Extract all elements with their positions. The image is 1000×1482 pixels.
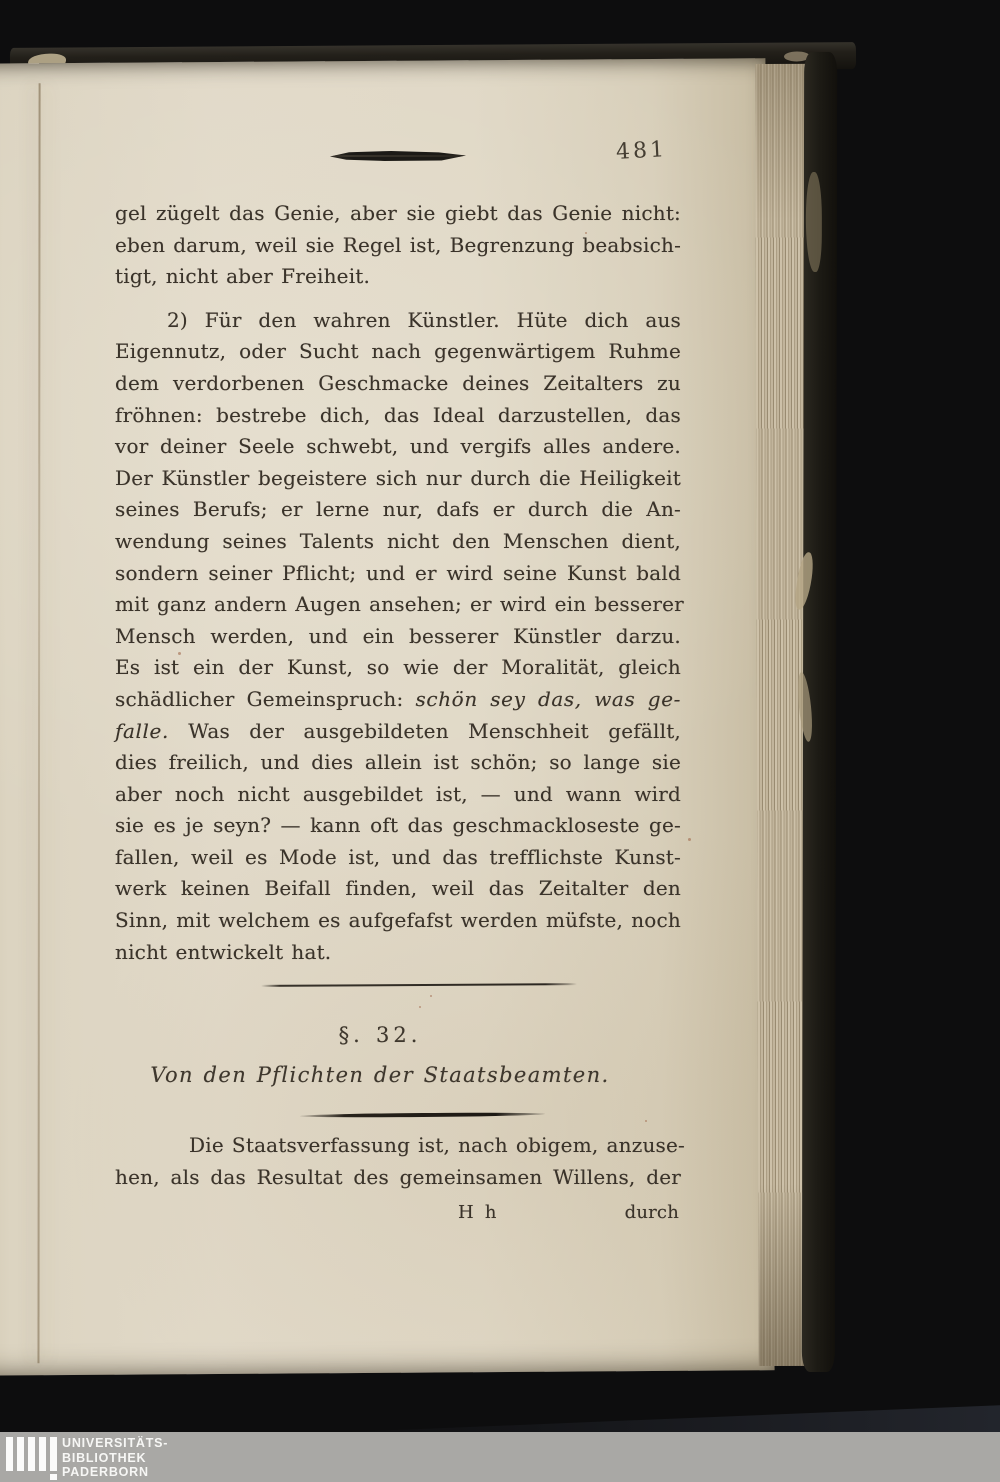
text-line: Eigennutz, oder Sucht nach gegenwärtigem…: [115, 336, 681, 368]
logo-bar: [28, 1437, 35, 1471]
text-line: dem verdorbenen Geschmacke deines Zeital…: [115, 368, 681, 400]
text-line: nicht entwickelt hat.: [115, 937, 681, 969]
section-title: Von den Pflichten der Staatsbeamten.: [97, 1060, 663, 1092]
text-line: fallen, weil es Mode ist, und das treffl…: [115, 842, 681, 874]
closing-paragraph: Die Staatsverfassung ist, nach obigem, a…: [115, 1130, 681, 1193]
text-line: vor deiner Seele schwebt, und vergifs al…: [115, 431, 681, 463]
text-line: 2) Für den wahren Künstler. Hüte dich au…: [115, 305, 681, 337]
text-block: gel zügelt das Genie, aber sie giebt das…: [115, 198, 681, 1226]
section-divider-bottom: [300, 1112, 545, 1118]
text-line: Die Staatsverfassung ist, nach obigem, a…: [115, 1130, 681, 1162]
paragraph: gel zügelt das Genie, aber sie giebt das…: [115, 198, 681, 293]
text-line: schädlicher Gemeinspruch: schön sey das,…: [115, 684, 681, 716]
foxing-speck: [178, 652, 181, 655]
logo-bar: [17, 1437, 24, 1471]
logo-bar: [50, 1437, 57, 1471]
text-line: wendung seines Talents nicht den Mensche…: [115, 526, 681, 558]
logo-bar-dot: [50, 1474, 57, 1480]
text-line: aber noch nicht ausgebildet ist, — und w…: [115, 779, 681, 811]
text-line: dies freilich, und dies allein ist schön…: [115, 747, 681, 779]
footer-line: H h durch: [115, 1194, 681, 1226]
library-name-line: BIBLIOTHEK: [62, 1451, 168, 1466]
cover-tear: [806, 172, 822, 272]
text-line: hen, als das Resultat des gemeinsamen Wi…: [115, 1162, 681, 1194]
book-cover-right-edge: [802, 52, 837, 1372]
signature-mark: H h: [458, 1197, 499, 1229]
foxing-speck: [645, 1120, 647, 1122]
text-line: Mensch werden, und ein besserer Künstler…: [115, 621, 681, 653]
foxing-speck: [430, 995, 432, 997]
text-line: Sinn, mit welchem es aufgefafst werden m…: [115, 905, 681, 937]
text-line: Der Künstler begeistere sich nur durch d…: [115, 463, 681, 495]
text-line: eben darum, weil sie Regel ist, Begrenzu…: [115, 230, 681, 262]
paragraph: Die Staatsverfassung ist, nach obigem, a…: [115, 1130, 681, 1193]
text-line: gel zügelt das Genie, aber sie giebt das…: [115, 198, 681, 230]
text-line: fröhnen: bestrebe dich, das Ideal darzus…: [115, 400, 681, 432]
book-cover-bottom-corner: [300, 1398, 1000, 1434]
text-line: sondern seiner Pflicht; und er wird sein…: [115, 558, 681, 590]
library-name-line: UNIVERSITÄTS-: [62, 1436, 168, 1451]
paragraphs: gel zügelt das Genie, aber sie giebt das…: [115, 198, 681, 968]
book-scan-photo: 481 gel zügelt das Genie, aber sie giebt…: [0, 0, 1000, 1482]
page-number: 481: [615, 136, 686, 165]
section-divider-top: [261, 983, 577, 987]
library-name: UNIVERSITÄTS- BIBLIOTHEK PADERBORN: [62, 1436, 168, 1480]
logo-bar: [6, 1437, 13, 1471]
text-line: falle. Was der ausgebildeten Menschheit …: [115, 716, 681, 748]
paragraph: 2) Für den wahren Künstler. Hüte dich au…: [115, 305, 681, 968]
library-name-line: PADERBORN: [62, 1465, 168, 1480]
page-gutter-crease: [37, 83, 40, 1363]
text-line: Es ist ein der Kunst, so wie der Moralit…: [115, 652, 681, 684]
text-line: werk keinen Beifall finden, weil das Zei…: [115, 873, 681, 905]
foxing-speck: [419, 1006, 421, 1008]
text-line: mit ganz andern Augen ansehen; er wird e…: [115, 589, 681, 621]
library-watermark-bar: UNIVERSITÄTS- BIBLIOTHEK PADERBORN: [0, 1432, 1000, 1482]
logo-bar: [39, 1437, 46, 1471]
foxing-speck: [688, 838, 691, 841]
section-number: §. 32.: [97, 1020, 663, 1052]
catchword: durch: [625, 1197, 679, 1229]
foxing-speck: [585, 232, 587, 234]
text-line: sie es je seyn? — kann oft das geschmack…: [115, 810, 681, 842]
text-line: tigt, nicht aber Freiheit.: [115, 261, 681, 293]
text-line: seines Berufs; er lerne nur, dafs er dur…: [115, 494, 681, 526]
